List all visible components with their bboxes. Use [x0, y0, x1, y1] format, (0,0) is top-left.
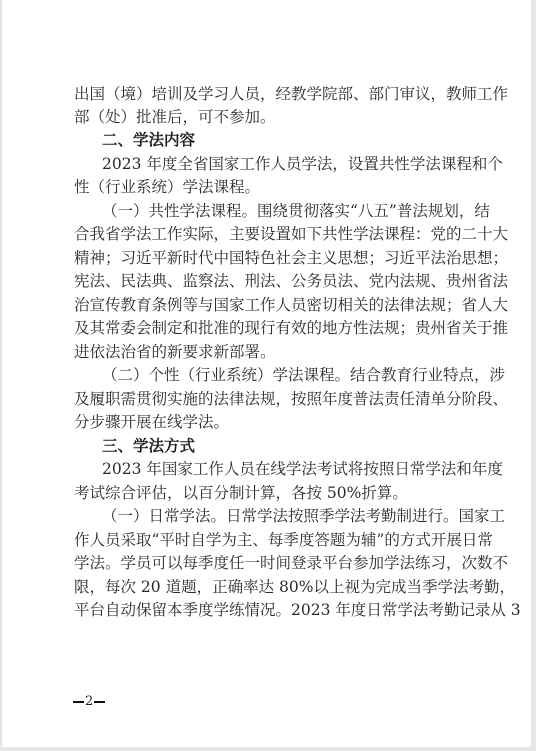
body-line: （二）个性（行业系统）学法课程。结合教育行业特点，涉: [102, 365, 469, 385]
dash-right: [94, 701, 105, 703]
body-line: （一）日常学法。日常学法按照季学法考勤制进行。国家工: [102, 506, 469, 526]
section-heading: 二、学法内容: [102, 130, 469, 150]
body-line: 学法。学员可以每季度任一时间登录平台参加学法练习，次数不: [74, 553, 469, 573]
body-line: 2023 年国家工作人员在线学法考试将按照日常学法和年度: [102, 459, 469, 479]
body-line: 作人员采取“平时自学为主、每季度答题为辅”的方式开展日常: [74, 530, 469, 550]
body-line: 治宣传教育条例等与国家工作人员密切相关的法律法规；省人大: [74, 295, 469, 315]
body-line: 及其常委会制定和批准的现行有效的地方性法规；贵州省关于推: [74, 318, 469, 338]
body-line: 2023 年度全省国家工作人员学法，设置共性学法课程和个: [102, 154, 469, 174]
page-number-footer: 2: [73, 694, 105, 709]
section-heading: 三、学法方式: [102, 436, 469, 456]
body-line: （一）共性学法课程。围绕贯彻落实“八五”普法规划，结: [102, 201, 469, 221]
body-line: 出国（境）培训及学习人员，经教学院部、部门审议，教师工作: [74, 84, 469, 104]
body-line: 合我省学法工作实际，主要设置如下共性学法课程：党的二十大: [74, 224, 469, 244]
body-line: 平台自动保留本季度学练情况。2023 年度日常学法考勤记录从 3: [74, 600, 469, 620]
document-page: 出国（境）培训及学习人员，经教学院部、部门审议，教师工作 部（处）批准后，可不参…: [2, 0, 531, 747]
body-line: 精神；习近平新时代中国特色社会主义思想；习近平法治思想；: [74, 248, 469, 268]
body-line: 性（行业系统）学法课程。: [74, 177, 469, 197]
body-line: 限，每次 20 道题，正确率达 80%以上视为完成当季学法考勤，: [74, 577, 469, 597]
body-line: 分步骤开展在线学法。: [74, 412, 469, 432]
body-line: 进依法治省的新要求新部署。: [74, 342, 469, 362]
body-line: 及履职需贯彻实施的法律法规，按照年度普法责任清单分阶段、: [74, 389, 469, 409]
dash-left: [73, 701, 84, 703]
body-line: 宪法、民法典、监察法、刑法、公务员法、党内法规、贵州省法: [74, 271, 469, 291]
body-line: 部（处）批准后，可不参加。: [74, 107, 469, 127]
page-number: 2: [85, 694, 93, 709]
body-line: 考试综合评估，以百分制计算，各按 50%折算。: [74, 483, 469, 503]
